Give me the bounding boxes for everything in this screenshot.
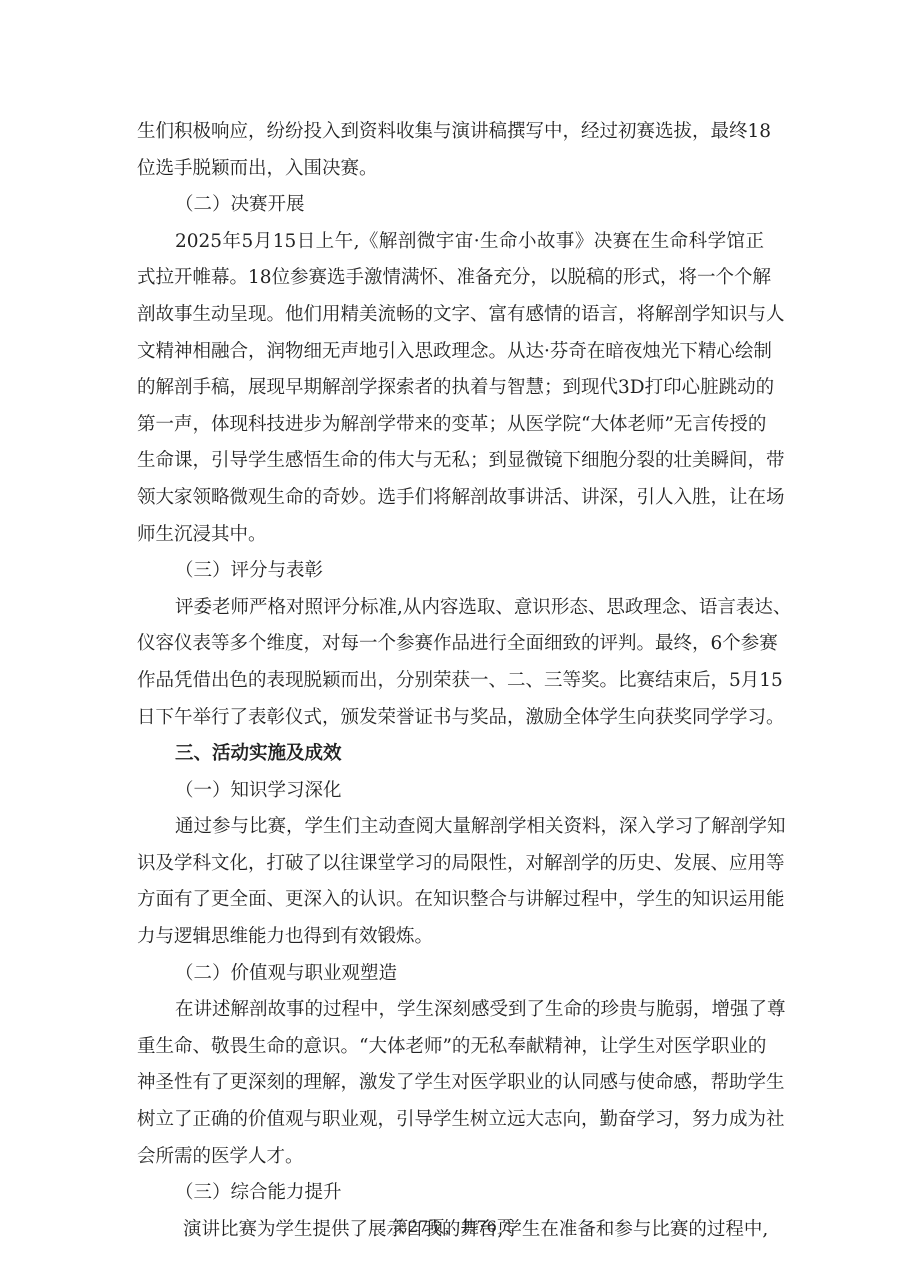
body-line: 剖故事生动呈现。他们用精美流畅的文字、富有感情的语言，将解剖学知识与人 (137, 297, 764, 334)
body-line: 神圣性有了更深刻的理解，激发了学生对医学职业的认同感与使命感，帮助学生 (137, 1065, 764, 1102)
body-line: 生们积极响应，纷纷投入到资料收集与演讲稿撰写中，经过初赛选拔，最终18 (137, 114, 764, 151)
section-subheading: （二）决赛开展 (137, 187, 764, 224)
body-line: 师生沉浸其中。 (137, 517, 764, 554)
body-line: 位选手脱颖而出，入围决赛。 (137, 151, 764, 188)
body-line: 文精神相融合，润物细无声地引入思政理念。从达·芬奇在暗夜烛光下精心绘制 (137, 334, 764, 371)
body-line: 仪容仪表等多个维度，对每一个参赛作品进行全面细致的评判。最终，6个参赛 (137, 626, 764, 663)
body-line: 式拉开帷幕。18位参赛选手激情满怀、准备充分，以脱稿的形式，将一个个解 (137, 260, 764, 297)
body-line: 重生命、敬畏生命的意识。“大体老师”的无私奉献精神，让学生对医学职业的 (137, 1029, 764, 1066)
body-line: 生命课，引导学生感悟生命的伟大与无私；到显微镜下细胞分裂的壮美瞬间，带 (137, 443, 764, 480)
paragraph-first-line: 2025年5月15日上午,《解剖微宇宙·生命小故事》决赛在生命科学馆正 (137, 224, 764, 261)
section-subheading: （三）综合能力提升 (137, 1175, 764, 1212)
section-heading: 三、活动实施及成效 (137, 736, 764, 773)
body-line: 日下午举行了表彰仪式，颁发荣誉证书与奖品，激励全体学生向获奖同学学习。 (137, 700, 764, 737)
section-subheading: （三）评分与表彰 (137, 553, 764, 590)
body-line: 的解剖手稿，展现早期解剖学探索者的执着与智慧；到现代3D打印心脏跳动的 (137, 370, 764, 407)
paragraph-first-line: 通过参与比赛，学生们主动查阅大量解剖学相关资料，深入学习了解剖学知 (137, 809, 764, 846)
body-line: 识及学科文化，打破了以往课堂学习的局限性，对解剖学的历史、发展、应用等 (137, 846, 764, 883)
body-line: 树立了正确的价值观与职业观，引导学生树立远大志向，勤奋学习，努力成为社 (137, 1102, 764, 1139)
section-subheading: （一）知识学习深化 (137, 773, 764, 810)
paragraph-first-line: 在讲述解剖故事的过程中，学生深刻感受到了生命的珍贵与脆弱，增强了尊 (137, 992, 764, 1029)
paragraph-first-line: 评委老师严格对照评分标准,从内容选取、意识形态、思政理念、语言表达、 (137, 590, 764, 627)
body-line: 会所需的医学人才。 (137, 1139, 764, 1176)
body-line: 作品凭借出色的表现脱颖而出，分别荣获一、二、三等奖。比赛结束后，5月15 (137, 663, 764, 700)
body-line: 第一声，体现科技进步为解剖学带来的变革；从医学院“大体老师”无言传授的 (137, 407, 764, 444)
body-line: 领大家领略微观生命的奇妙。选手们将解剖故事讲活、讲深，引人入胜，让在场 (137, 480, 764, 517)
page-number-footer: 第27页，共76页 (0, 1214, 905, 1237)
document-page: 生们积极响应，纷纷投入到资料收集与演讲稿撰写中，经过初赛选拔，最终18 位选手脱… (137, 114, 764, 1248)
body-line: 方面有了更全面、更深入的认识。在知识整合与讲解过程中，学生的知识运用能 (137, 882, 764, 919)
section-subheading: （二）价值观与职业观塑造 (137, 956, 764, 993)
body-line: 力与逻辑思维能力也得到有效锻炼。 (137, 919, 764, 956)
